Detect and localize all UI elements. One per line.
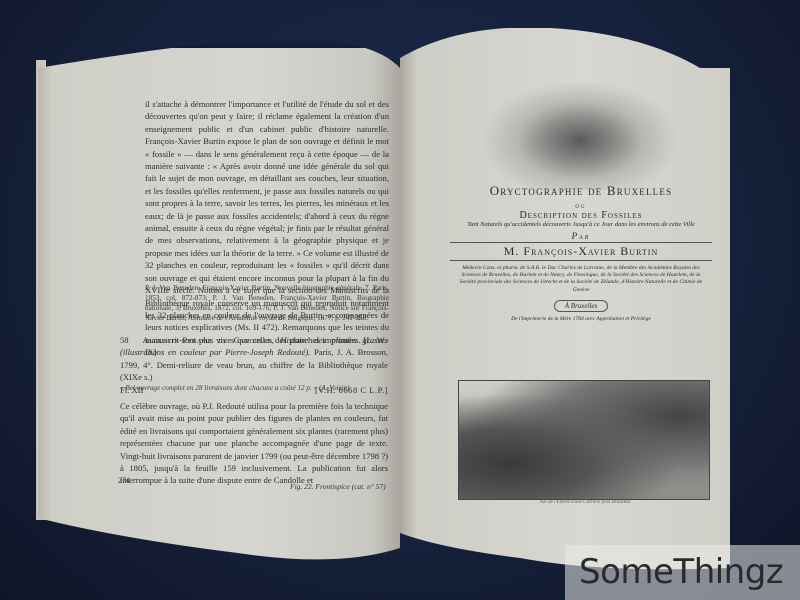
plate-author-description: Médecin Cons. et pharm. de S.A.R. le Duc… xyxy=(450,265,712,294)
plate-publisher: À Bruxelles xyxy=(554,300,608,312)
landscape-engraving xyxy=(458,380,710,500)
watermark-logo: SomeThingz xyxy=(565,545,800,600)
plate-imprint: De l'Imprimerie de la Mère 1784 avec App… xyxy=(450,316,712,323)
entry-quote: « Bel ouvrage complet en 28 livraisons d… xyxy=(120,383,388,393)
plate-subtitle: Tant Naturels qu'accidentels découverts … xyxy=(450,221,712,229)
open-book: il s'attache à démontrer l'importance et… xyxy=(0,0,800,600)
entry-author: Augustin-Pyrame de Candolle, xyxy=(143,335,275,345)
closing-paragraph: Ce célèbre ouvrage, où P.J. Redouté util… xyxy=(120,400,388,487)
plate-par: Par xyxy=(450,231,712,241)
plate-author: M. François-Xavier Burtin xyxy=(450,242,712,261)
plate-title-line1: Oryctographie de Bruxelles xyxy=(450,183,712,199)
plate-title-line2: Description des Fossiles xyxy=(450,210,712,221)
references: P. J. Van Beneden, François-Xavier Burti… xyxy=(145,283,389,323)
page-number: 274 xyxy=(118,476,130,485)
plate-title-ou: ou xyxy=(450,202,712,210)
figure-caption: Fig. 22. Frontispice (cat. n° 57) xyxy=(290,482,386,491)
entry-number: 58 xyxy=(120,335,129,345)
engraving-caption: Vue de l'Entrée d'une Carrière près Brux… xyxy=(470,500,700,505)
